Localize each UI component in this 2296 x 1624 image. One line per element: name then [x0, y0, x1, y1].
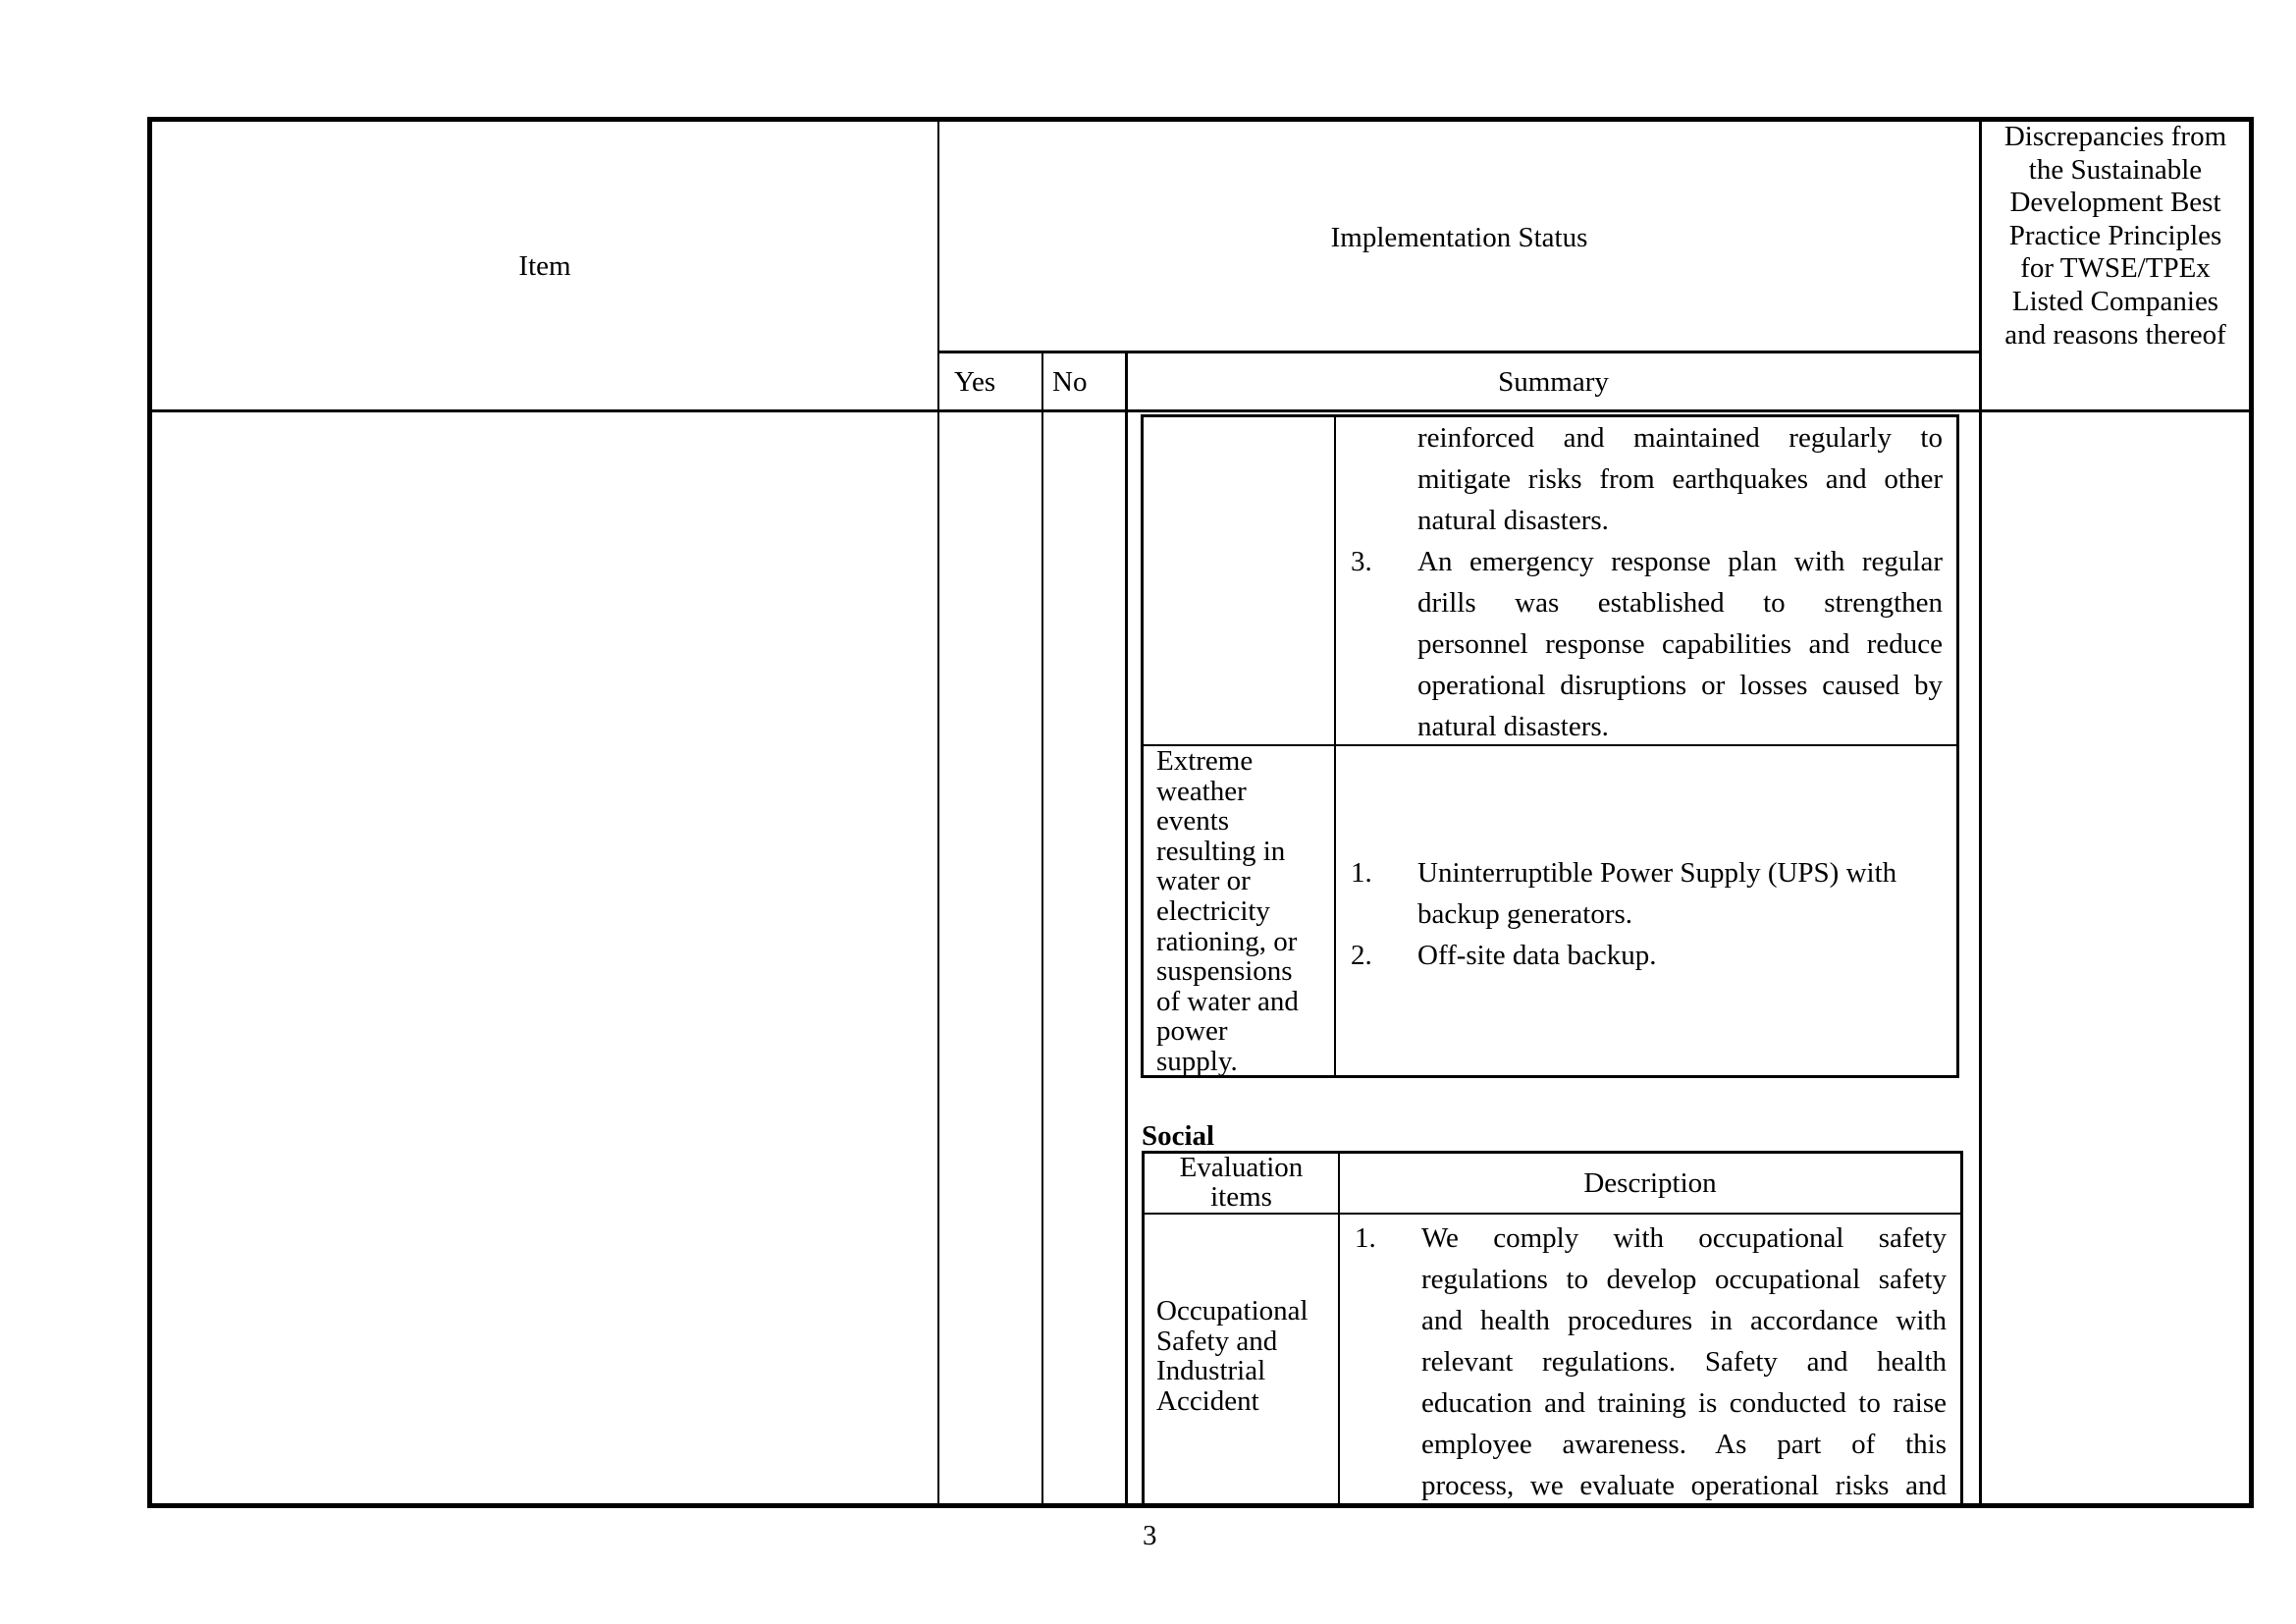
social-header-evaluation-items: Evaluationitems — [1145, 1153, 1338, 1212]
desc-line: reinforced and maintained regularly to — [1417, 417, 1943, 459]
social-title: Social — [1142, 1119, 1214, 1153]
evaluation-item-line: Extreme — [1156, 746, 1333, 777]
table-border-left — [147, 117, 152, 1508]
evaluation-item-line: water or — [1156, 866, 1333, 896]
env-table-right — [1956, 414, 1959, 1078]
page-number: 3 — [1143, 1519, 1157, 1552]
col-divider-no — [1125, 352, 1128, 1506]
evaluation-item-line: supply. — [1156, 1047, 1333, 1077]
evaluation-items-header-line: items — [1145, 1182, 1338, 1212]
evaluation-item-line: Industrial — [1156, 1356, 1336, 1386]
evaluation-item-line: rationing, or — [1156, 927, 1333, 957]
env-row2-evaluation-item: Extremeweathereventsresulting inwater or… — [1156, 746, 1333, 1077]
env-row1-item3-text: An emergency response plan with regular … — [1417, 541, 1943, 747]
desc-line: relevant regulations. Safety and health — [1421, 1341, 1947, 1382]
evaluation-item-line: electricity — [1156, 896, 1333, 927]
desc-line: personnel response capabilities and redu… — [1417, 623, 1943, 665]
social-table-col-divider — [1338, 1151, 1340, 1506]
header-discrepancies-lines: Discrepancies fromthe SustainableDevelop… — [1982, 121, 2249, 352]
header-discrepancies-line: and reasons thereof — [1982, 319, 2249, 352]
header-discrepancies: Discrepancies fromthe SustainableDevelop… — [1982, 121, 2249, 352]
desc-line: mitigate risks from earthquakes and othe… — [1417, 459, 1943, 500]
header-no: No — [1052, 365, 1087, 399]
header-item: Item — [152, 249, 937, 283]
desc-line: drills was established to strengthen — [1417, 582, 1943, 623]
evaluation-item-line: Occupational — [1156, 1296, 1336, 1326]
header-discrepancies-line: Discrepancies from — [1982, 121, 2249, 154]
header-discrepancies-line: Practice Principles — [1982, 220, 2249, 253]
evaluation-item-line: power — [1156, 1016, 1333, 1047]
evaluation-items-header-line: Evaluation — [1145, 1153, 1338, 1182]
desc-line: backup generators. — [1417, 893, 1943, 935]
evaluation-item-line: resulting in — [1156, 837, 1333, 867]
subheader-divider — [937, 351, 1981, 353]
desc-line: education and training is conducted to r… — [1421, 1382, 1947, 1424]
evaluation-item-line: suspensions — [1156, 956, 1333, 987]
env-row2-item1-text: Uninterruptible Power Supply (UPS) with … — [1417, 852, 1943, 935]
header-discrepancies-line: the Sustainable — [1982, 154, 2249, 188]
desc-line: process, we evaluate operational risks a… — [1421, 1465, 1947, 1506]
desc-line: Off-site data backup. — [1417, 935, 1943, 976]
evaluation-item-line: weather — [1156, 777, 1333, 807]
col-divider-yes — [1041, 352, 1043, 1506]
env-table-col-divider — [1334, 414, 1336, 1078]
desc-line: natural disasters. — [1417, 706, 1943, 747]
env-row2-item1-number: 1. — [1351, 852, 1372, 893]
header-discrepancies-line: for TWSE/TPEx — [1982, 252, 2249, 286]
desc-line: regulations to develop occupational safe… — [1421, 1259, 1947, 1300]
desc-line: Uninterruptible Power Supply (UPS) with — [1417, 852, 1943, 893]
header-yes: Yes — [954, 365, 995, 399]
desc-line: operational disruptions or losses caused… — [1417, 665, 1943, 706]
social-table-header-divider — [1142, 1213, 1963, 1215]
evaluation-item-line: of water and — [1156, 987, 1333, 1017]
social-row1-evaluation-item: OccupationalSafety andIndustrialAccident — [1156, 1296, 1336, 1416]
header-bottom-divider — [150, 409, 2251, 412]
table-border-right — [2249, 117, 2254, 1508]
col-divider-item — [937, 119, 939, 1506]
env-table-left — [1141, 414, 1144, 1078]
header-summary: Summary — [1128, 365, 1979, 399]
social-row1-item1-text: We comply with occupational safety regul… — [1421, 1218, 1947, 1506]
social-header-description: Description — [1340, 1166, 1960, 1200]
desc-line: We comply with occupational safety — [1421, 1218, 1947, 1259]
desc-line: and health procedures in accordance with — [1421, 1300, 1947, 1341]
page-bottom-mask — [147, 1508, 2258, 1624]
desc-line: An emergency response plan with regular — [1417, 541, 1943, 582]
header-discrepancies-line: Listed Companies — [1982, 286, 2249, 319]
social-table-right — [1960, 1151, 1963, 1506]
table-border-top — [147, 117, 2254, 122]
env-row1-desc-cont: reinforced and maintained regularly to m… — [1417, 417, 1943, 541]
desc-line: employee awareness. As part of this — [1421, 1424, 1947, 1465]
evaluation-item-line: Accident — [1156, 1386, 1336, 1417]
env-row1-item3-number: 3. — [1351, 541, 1372, 582]
social-row1-item1-number: 1. — [1355, 1218, 1376, 1259]
table-border-bottom-overlay — [147, 1503, 2254, 1508]
desc-line: natural disasters. — [1417, 500, 1943, 541]
evaluation-item-line: Safety and — [1156, 1326, 1336, 1357]
env-row2-item2-text: Off-site data backup. — [1417, 935, 1943, 976]
header-implementation-status: Implementation Status — [939, 221, 1979, 254]
header-discrepancies-line: Development Best — [1982, 187, 2249, 220]
evaluation-item-line: events — [1156, 806, 1333, 837]
env-row2-item2-number: 2. — [1351, 935, 1372, 976]
